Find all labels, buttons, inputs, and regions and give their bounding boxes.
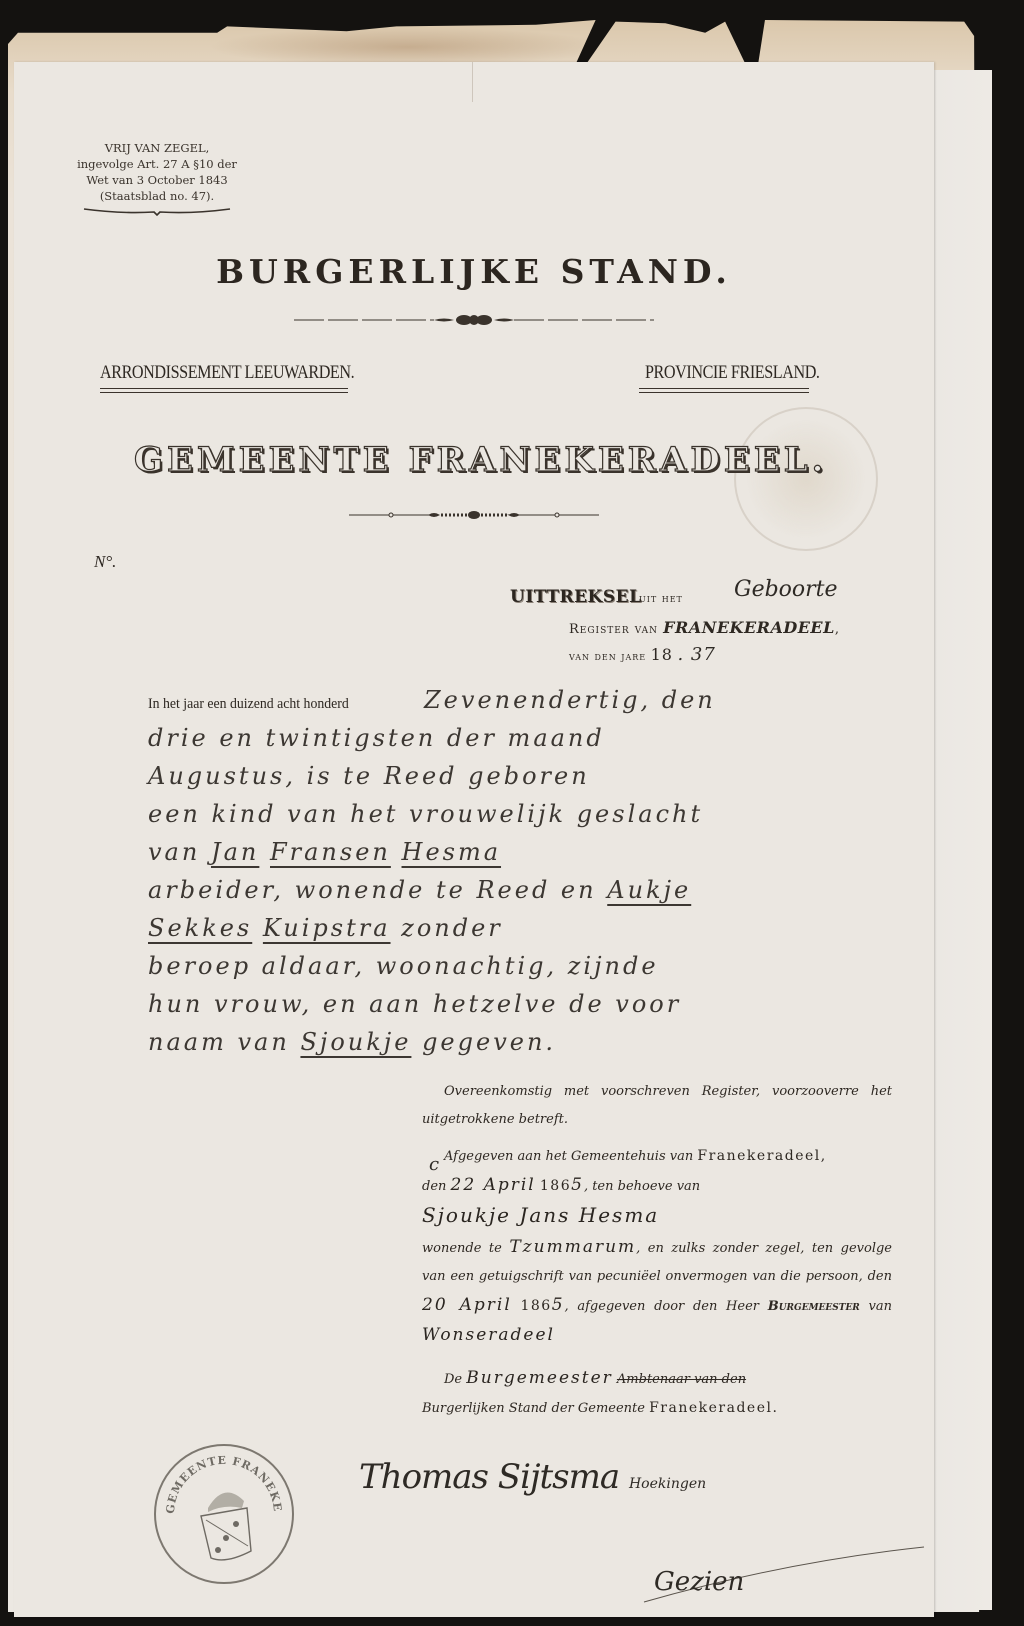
certificate-date-handwritten: 20 April xyxy=(422,1295,512,1315)
body-lead: In het jaar een duizend acht honderd xyxy=(148,696,349,713)
comma: , xyxy=(835,622,840,637)
mother-patronym: Sekkes xyxy=(148,914,252,942)
signature-name: Thomas Sijtsma xyxy=(359,1457,619,1497)
burgerlijken-stand-label: Burgerlijken Stand der Gemeente xyxy=(422,1401,645,1416)
uittreksel-label: UITTREKSEL xyxy=(510,587,642,607)
exemption-line: Wet van 3 October 1843 xyxy=(72,172,242,188)
signature-tail: Hoekingen xyxy=(629,1476,706,1492)
ten-behoeve-label: , ten behoeve van xyxy=(584,1179,700,1194)
year-prefix: 18 xyxy=(651,645,673,664)
official-paragraph: De Burgemeester Ambtenaar van den Burger… xyxy=(422,1364,892,1423)
issue-year-prefix: 186 xyxy=(540,1178,571,1194)
van-den-jare-label: van den jare xyxy=(569,650,646,663)
stamp-exemption-note: VRIJ VAN ZEGEL, ingevolge Art. 27 A §10 … xyxy=(72,140,242,216)
burgemeester-label: Burgemeester xyxy=(768,1299,860,1314)
arrondissement-label: ARRONDISSEMENT LEEUWARDEN. xyxy=(100,362,354,384)
den-label: den xyxy=(422,1179,446,1194)
handwritten-line: Zevenendertig, den xyxy=(424,686,1024,714)
double-underline xyxy=(100,388,348,393)
issuance-place: Franekeradeel, xyxy=(697,1148,826,1164)
ornament-divider-icon xyxy=(14,312,934,331)
brace-ornament-icon xyxy=(82,206,232,216)
conformity-statement: Overeenkomstig met voorschreven Register… xyxy=(422,1078,892,1134)
burgemeester-place-handwritten: Wonseradeel xyxy=(422,1325,555,1345)
fold-line xyxy=(472,62,473,102)
afgegeven-door-text: , afgegeven door den Heer xyxy=(565,1299,759,1314)
de-label: De xyxy=(422,1372,462,1387)
underlying-page-edge xyxy=(930,70,992,1610)
beneficiary-handwritten: Sjoukje Jans Hesma xyxy=(422,1203,659,1227)
document-page: VRIJ VAN ZEGEL, ingevolge Art. 27 A §10 … xyxy=(14,62,934,1617)
handwritten-word: arbeider, wonende te Reed en xyxy=(148,876,597,904)
double-underline xyxy=(639,388,809,393)
provincie-label: PROVINCIE FRIESLAND. xyxy=(645,362,820,384)
ambtenaar-label: Ambtenaar van den xyxy=(617,1372,746,1387)
register-line: Register van FRANEKERADEEL, xyxy=(569,618,840,637)
father-patronym: Fransen xyxy=(270,838,391,866)
register-van-label: Register van xyxy=(569,622,658,637)
handwritten-line: arbeider, wonende te Reed en Aukje xyxy=(148,876,918,904)
official-title-handwritten: Burgemeester xyxy=(466,1368,613,1388)
stain xyxy=(208,27,608,67)
handwritten-word: gegeven. xyxy=(422,1028,556,1056)
handwritten-word: naam van xyxy=(148,1028,290,1056)
mother-surname: Kuipstra xyxy=(263,914,391,942)
handwritten-word: van xyxy=(148,838,200,866)
handwritten-line: een kind van het vrouwelijk geslacht xyxy=(148,800,918,828)
register-kind-handwritten: Geboorte xyxy=(734,577,838,602)
wonende-te-label: wonende te xyxy=(422,1241,502,1256)
handwritten-line: drie en twintigsten der maand xyxy=(148,724,918,752)
handwritten-line: Augustus, is te Reed geboren xyxy=(148,762,918,790)
handwritten-line: naam van Sjoukje gegeven. xyxy=(148,1028,918,1056)
issuance-lead: Afgegeven aan het Gemeentehuis van xyxy=(422,1149,693,1164)
number-label: N°. xyxy=(94,552,116,572)
year-line: van den jare 18 . 37 xyxy=(569,644,716,665)
certificate-year-prefix: 186 xyxy=(520,1298,551,1314)
certificate-year-digit: 5 xyxy=(552,1295,565,1315)
signature-gezien: Gezien xyxy=(654,1567,744,1597)
exemption-line: ingevolge Art. 27 A §10 der xyxy=(72,156,242,172)
handwritten-line: beroep aldaar, woonachtig, zijnde xyxy=(148,952,918,980)
gemeente-heading: GEMEENTE FRANEKERADEEL. xyxy=(134,440,827,480)
handwritten-line: hun vrouw, en aan hetzelve de voor xyxy=(148,990,918,1018)
ornament-divider-icon xyxy=(14,505,934,524)
handwritten-line: Sekkes Kuipstra zonder xyxy=(148,914,918,942)
uit-het-label: uit het xyxy=(639,592,683,605)
issuance-paragraph: Afgegeven aan het Gemeentehuis van Frane… xyxy=(422,1142,892,1351)
father-surname: Hesma xyxy=(402,838,502,866)
exemption-line: (Staatsblad no. 47). xyxy=(72,188,242,204)
year-handwritten: . 37 xyxy=(677,644,715,665)
exemption-line: VRIJ VAN ZEGEL, xyxy=(72,140,242,156)
mother-first-name: Aukje xyxy=(607,876,691,904)
handwritten-word: zonder xyxy=(401,914,503,942)
issue-date-handwritten: 22 April xyxy=(451,1175,536,1195)
child-name: Sjoukje xyxy=(300,1028,411,1056)
municipality-name: FRANEKERADEEL xyxy=(663,618,835,637)
issue-year-digit: 5 xyxy=(571,1175,584,1195)
residence-handwritten: Tzummarum xyxy=(509,1237,636,1257)
page-title: BURGERLIJKE STAND. xyxy=(14,252,934,291)
signature-mayor: Thomas Sijtsma Hoekingen xyxy=(359,1457,706,1497)
franekeradeel-label: Franekeradeel. xyxy=(649,1400,778,1416)
van-label: van xyxy=(869,1299,892,1314)
handwritten-line: van Jan Fransen Hesma xyxy=(148,838,918,866)
father-first-name: Jan xyxy=(211,838,259,866)
municipal-seal-icon: GEMEENTE FRANEKERADEEL xyxy=(154,1444,294,1584)
